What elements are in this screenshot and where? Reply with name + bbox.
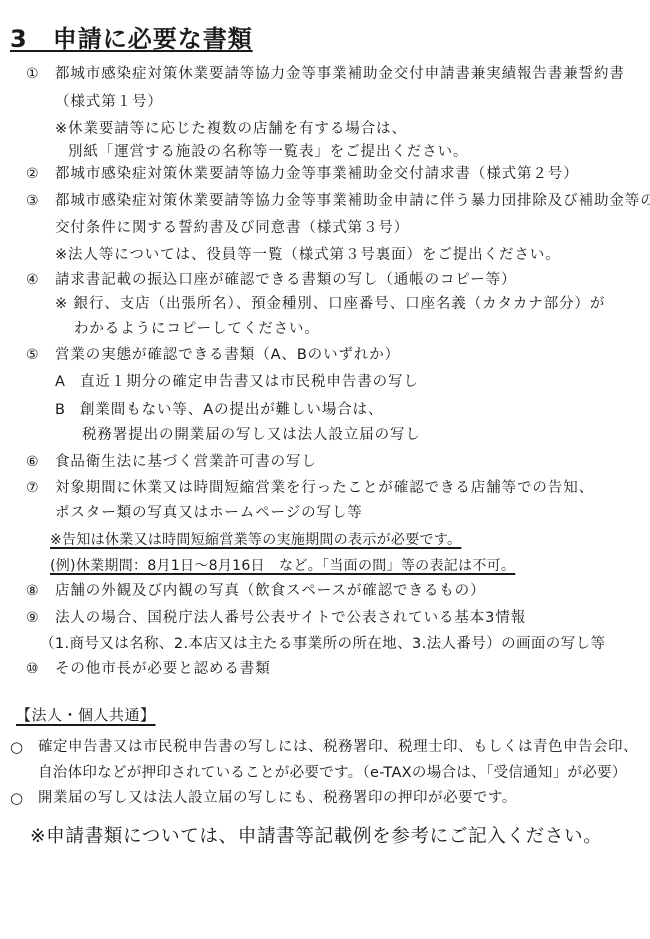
item-number: ⑧: [26, 582, 39, 600]
item-note: ※休業要請等に応じた複数の店舗を有する場合は、: [55, 120, 407, 138]
item-number: ①: [26, 65, 39, 83]
circle-bullet-icon: ○: [10, 789, 23, 807]
item-text: 都城市感染症対策休業要請等協力金等事業補助金交付申請書兼実績報告書兼誓約書: [55, 65, 625, 83]
item-note: ※法人等については、役員等一覧（様式第３号裏面）をご提出ください。: [55, 246, 561, 264]
sub-label: A: [55, 373, 66, 391]
item-text: （様式第１号）: [55, 93, 163, 111]
sub-text: 創業間もない等、Aの提出が難しい場合は、: [80, 401, 383, 419]
bullet-text: 確定申告書又は市民税申告書の写しには、税務署印、税理士印、もしくは青色申告会印、: [38, 738, 638, 756]
item-number: ⑥: [26, 453, 39, 471]
bullet-text: 開業届の写し又は法人設立届の写しにも、税務署印の押印が必要です。: [38, 789, 517, 807]
item-text: 対象期間に休業又は時間短縮営業を行ったことが確認できる店舗等での告知、: [55, 479, 594, 497]
item-number: ④: [26, 271, 39, 289]
item-number: ⑨: [26, 609, 39, 627]
item-text: ポスター類の写真又はホームページの写し等: [55, 504, 363, 522]
item-text: （1.商号又は名称、2.本店又は主たる事業所の所在地、3.法人番号）の画面の写し…: [40, 635, 605, 653]
sub-label: B: [55, 401, 66, 419]
circle-bullet-icon: ○: [10, 738, 23, 756]
section-heading: 【法人・個人共通】: [16, 705, 156, 725]
item-text: 交付条件に関する誓約書及び同意書（様式第３号）: [55, 219, 409, 237]
item-note: ※ 銀行、支店（出張所名）、預金種別、口座番号、口座名義（カタカナ部分）が: [55, 295, 605, 313]
final-note: ※申請書類については、申請書等記載例を参考にご記入ください。: [30, 825, 602, 849]
item-number: ③: [26, 192, 39, 210]
bullet-text: 自治体印などが押印されていることが必要です。（e-TAXの場合は、「受信通知」が…: [38, 764, 627, 782]
item-text: 都城市感染症対策休業要請等協力金等事業補助金申請に伴う暴力団排除及び補助金等の: [55, 192, 650, 210]
item-text: 法人の場合、国税庁法人番号公表サイトで公表されている基本3情報: [55, 609, 526, 627]
item-number: ⑩: [26, 660, 39, 678]
item-text: 店舗の外観及び内観の写真（飲食スペースが確認できるもの）: [55, 582, 485, 600]
page-title: 3 申請に必要な書類: [10, 24, 253, 54]
item-number: ⑦: [26, 479, 39, 497]
underlined-note: ※告知は休業又は時間短縮営業等の実施期間の表示が必要です。: [50, 531, 461, 549]
item-text: その他市長が必要と認める書類: [55, 660, 271, 678]
sub-text: 直近１期分の確定申告書又は市民税申告書の写し: [80, 373, 419, 391]
item-number: ⑤: [26, 346, 39, 364]
item-text: 食品衛生法に基づく営業許可書の写し: [55, 453, 317, 471]
item-text: 都城市感染症対策休業要請等協力金等事業補助金交付請求書（様式第２号）: [55, 165, 579, 183]
item-text: 営業の実態が確認できる書類（A、Bのいずれか）: [55, 346, 400, 364]
item-note: 別紙「運営する施設の名称等一覧表」をご提出ください。: [68, 143, 468, 161]
underlined-note: (例)休業期間：8月1日～8月16日 など。「当面の間」等の表記は不可。: [50, 557, 515, 575]
item-number: ②: [26, 165, 39, 183]
sub-text: 税務署提出の開業届の写し又は法人設立届の写し: [82, 426, 421, 444]
item-note: わかるようにコピーしてください。: [74, 320, 320, 338]
item-text: 請求書記載の振込口座が確認できる書類の写し（通帳のコピー等）: [55, 271, 516, 289]
